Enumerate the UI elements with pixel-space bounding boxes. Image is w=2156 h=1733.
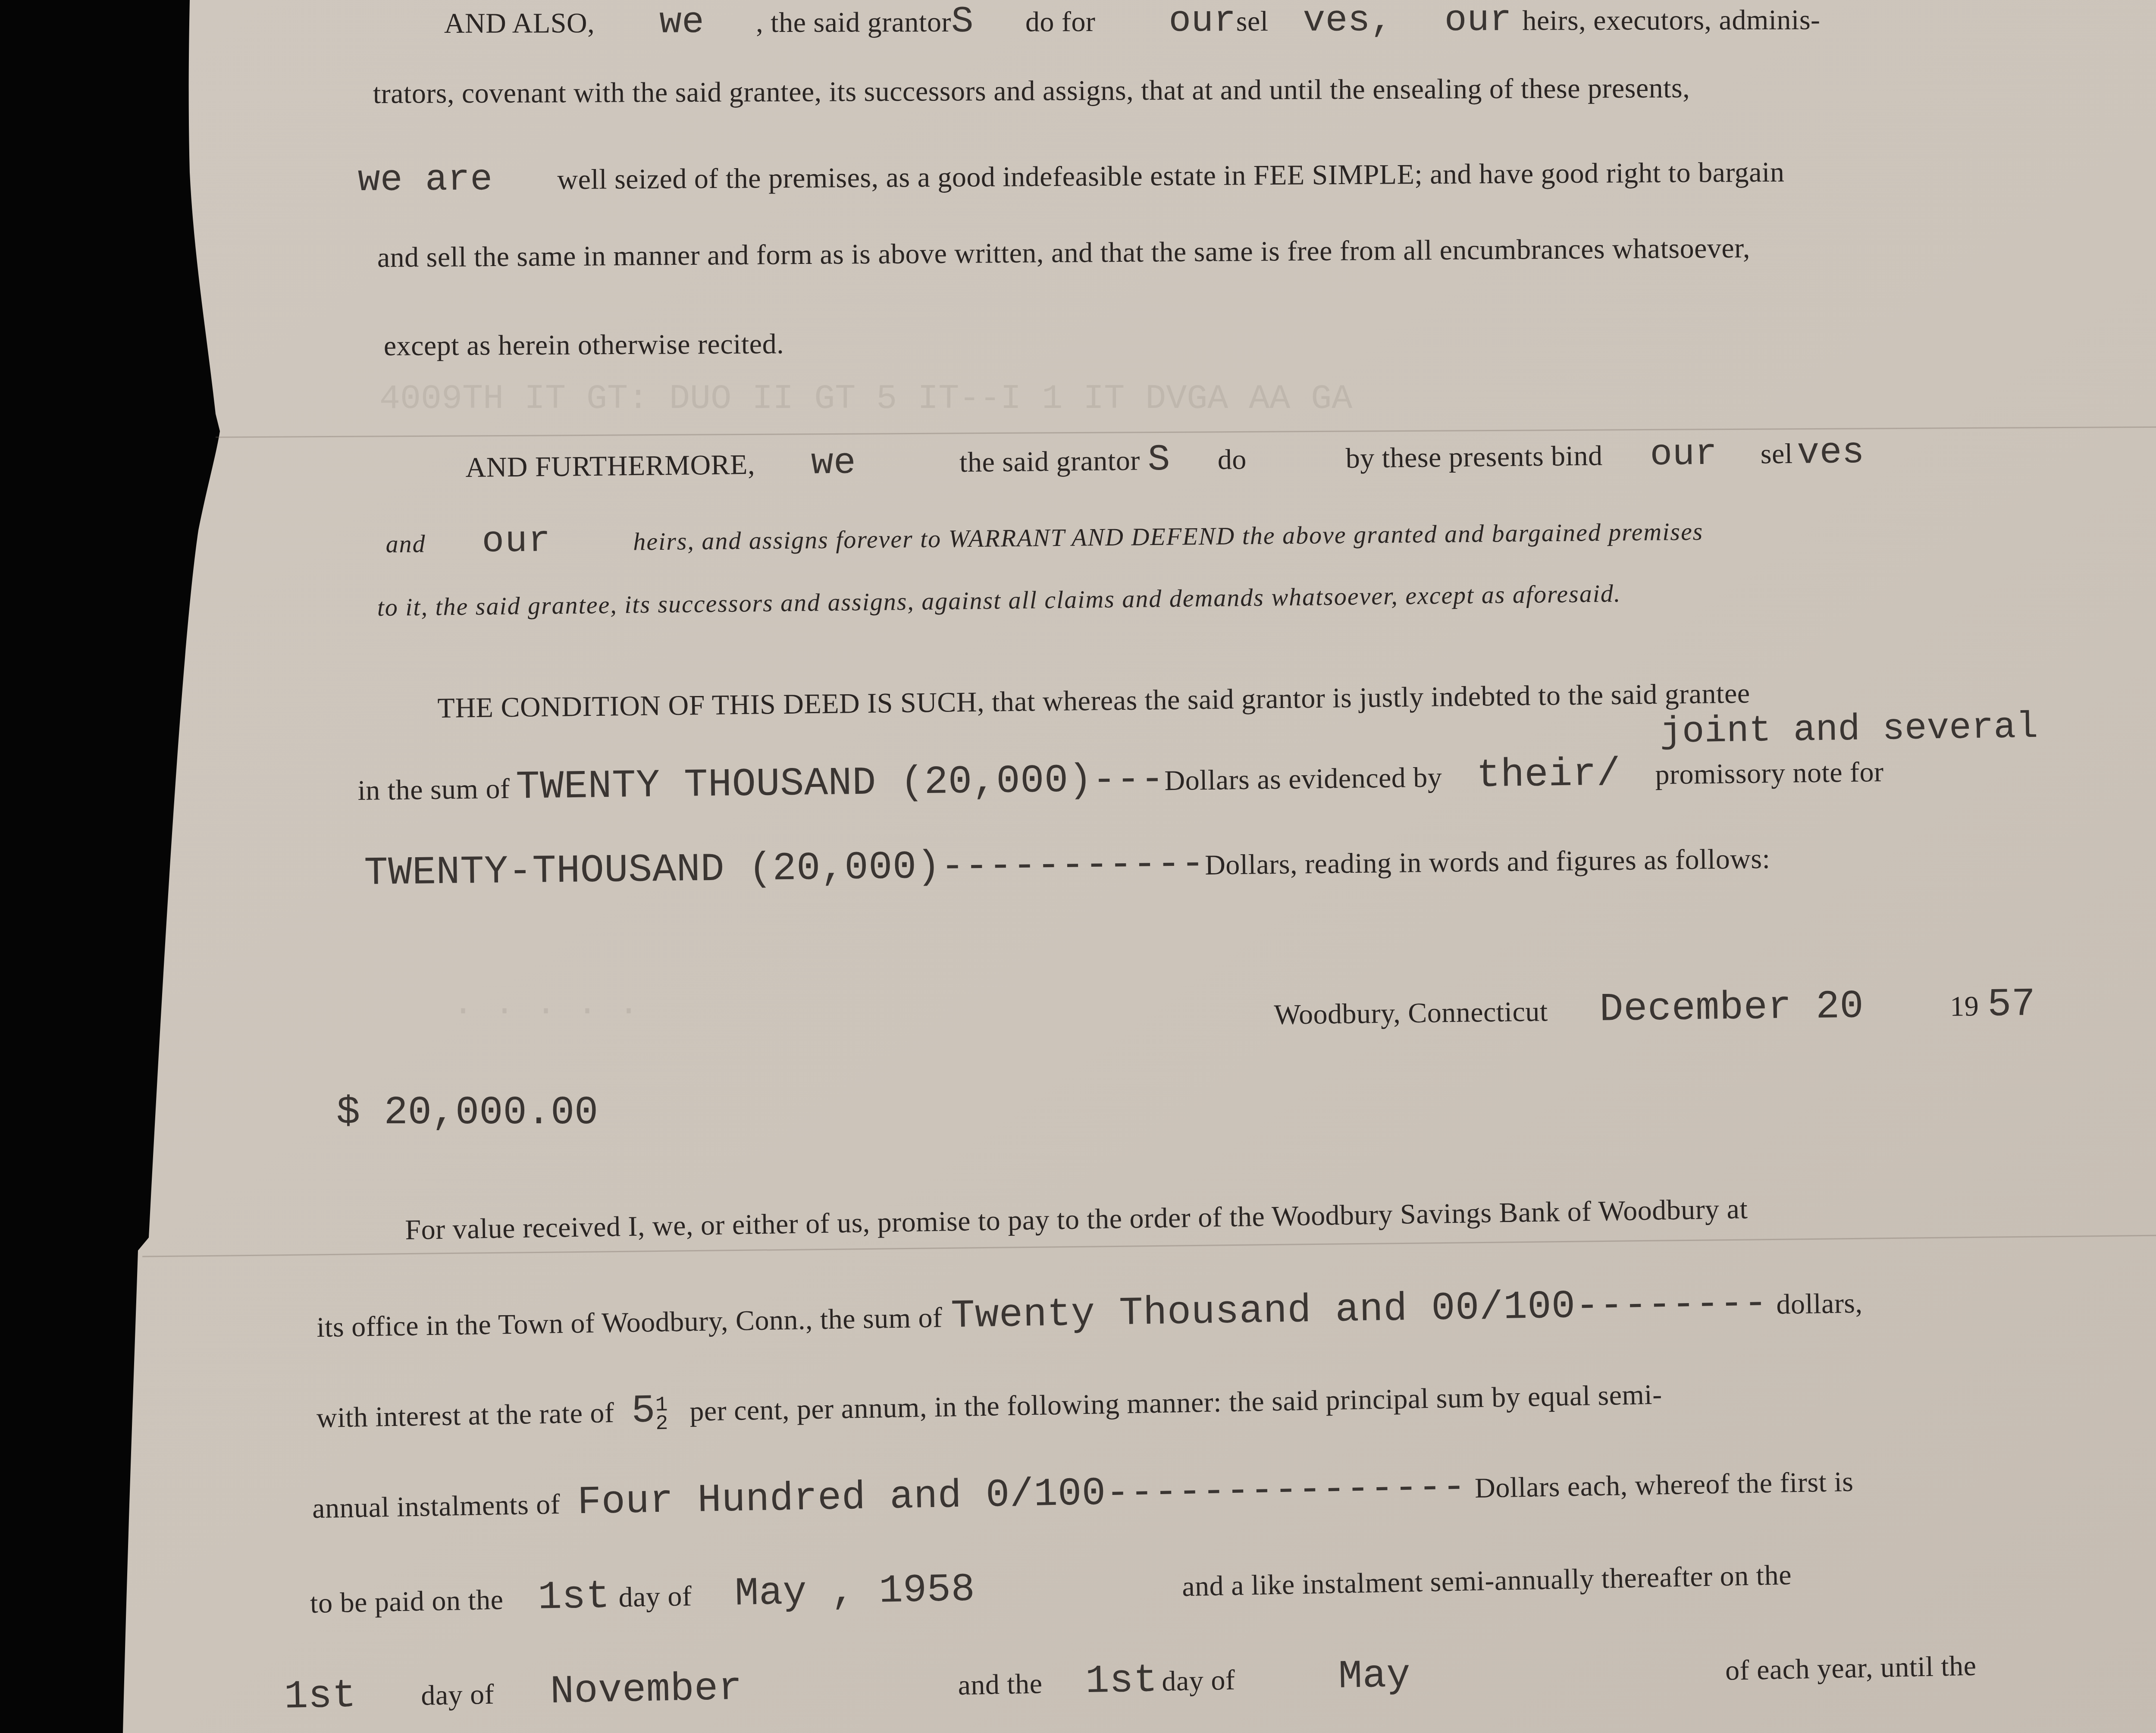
- typed-joint-and-several: joint and several: [1660, 708, 2038, 751]
- typed-fill-we-are: we are: [357, 158, 492, 201]
- typed-fill-plural-s: S: [1147, 439, 1170, 481]
- typed-sum-words-2: TWENTY-THOUSAND (20,000)-----------: [364, 841, 1205, 896]
- typed-fill-we: we: [659, 1, 704, 43]
- typed-month-2: November: [550, 1666, 743, 1715]
- typed-fill-ves: ves: [1797, 431, 1865, 474]
- typed-fill-our: our: [1445, 0, 1512, 41]
- typed-first-date: May , 1958: [734, 1567, 975, 1617]
- also-line-2: trators, covenant with the said grantee,…: [373, 74, 1690, 108]
- typed-sum-words: TWENTY THOUSAND (20,000)---: [516, 757, 1165, 810]
- typed-rate: 5: [631, 1388, 656, 1434]
- bleed-through-text: 4009TH IT GT: DUO II GT 5 IT--I 1 IT DVG…: [379, 379, 1352, 419]
- typed-fill-our: our: [1650, 433, 1717, 476]
- typed-fill-we: we: [811, 442, 856, 485]
- typed-rate-fraction: 12: [655, 1396, 668, 1433]
- typed-day-3: 1st: [1085, 1658, 1158, 1704]
- typed-fill-ves: ves,: [1303, 0, 1393, 42]
- typed-day-2: 1st: [284, 1673, 357, 1720]
- typed-date: December 20: [1599, 984, 1864, 1032]
- typed-year: 57: [1987, 981, 2036, 1027]
- also-line-1: AND ALSO,we, the said grantorSdo forours…: [444, 1, 1821, 41]
- note-amount: $ 20,000.00: [336, 1093, 598, 1133]
- typed-fill-their: their/: [1476, 751, 1621, 798]
- bleed-through-text: · · · · ·: [453, 992, 639, 1031]
- typed-fill-our: our: [482, 520, 552, 563]
- typed-fill-plural-s: S: [951, 0, 974, 43]
- typed-day-1: 1st: [537, 1574, 610, 1620]
- typed-month-3: May: [1338, 1653, 1411, 1699]
- typed-fill-our: our: [1169, 0, 1236, 42]
- also-line-5: except as herein otherwise recited.: [384, 330, 784, 360]
